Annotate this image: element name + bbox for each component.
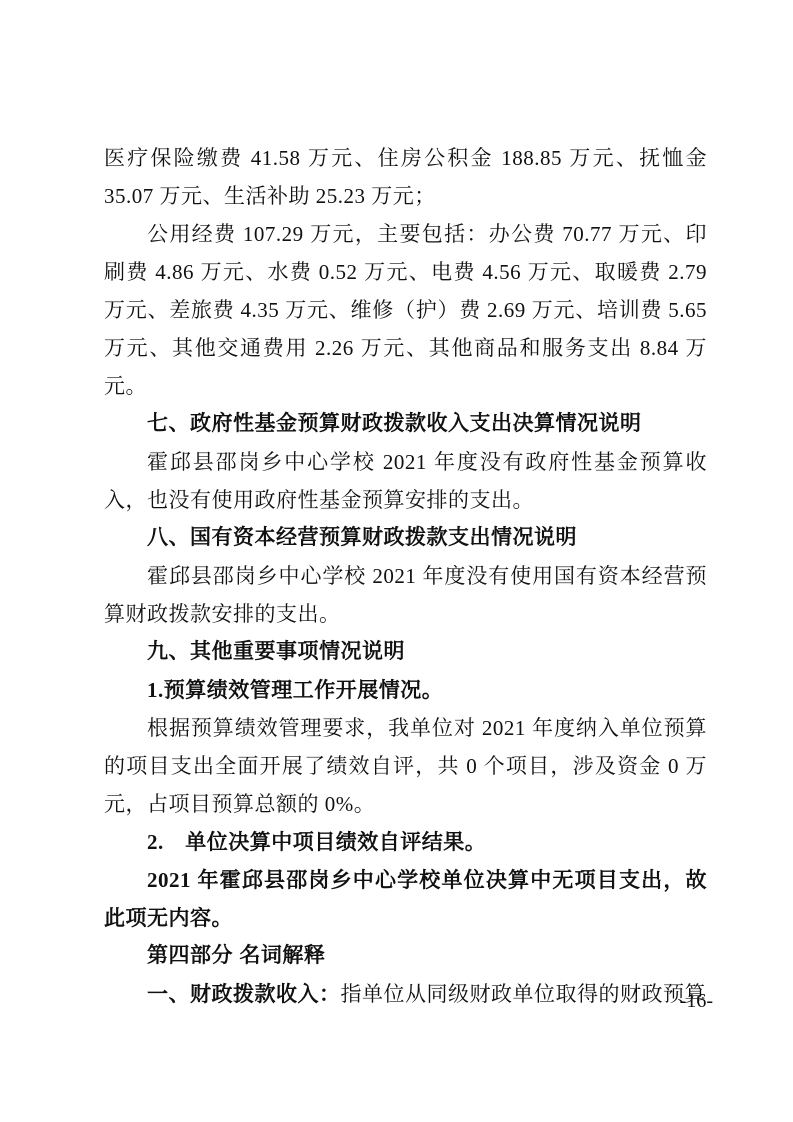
paragraph: 霍邱县邵岗乡中心学校 2021 年度没有使用国有资本经营预算财政拨款安排的支出。 <box>104 557 707 633</box>
document-page: 医疗保险缴费 41.58 万元、住房公积金 188.85 万元、抚恤金 35.0… <box>0 0 793 1122</box>
paragraph: 一、财政拨款收入：指单位从同级财政单位取得的财政预算 <box>104 975 707 1014</box>
paragraph: 霍邱县邵岗乡中心学校 2021 年度没有政府性基金预算收入，也没有使用政府性基金… <box>104 443 707 519</box>
section-heading: 八、国有资本经营预算财政拨款支出情况说明 <box>104 519 707 557</box>
term-definition: 指单位从同级财政单位取得的财政预算 <box>341 982 707 1006</box>
document-body: 医疗保险缴费 41.58 万元、住房公积金 188.85 万元、抚恤金 35.0… <box>104 139 707 1014</box>
paragraph: 根据预算绩效管理要求，我单位对 2021 年度纳入单位预算的项目支出全面开展了绩… <box>104 709 707 823</box>
section-heading: 七、政府性基金预算财政拨款收入支出决算情况说明 <box>104 405 707 443</box>
term-label: 一、财政拨款收入： <box>147 983 341 1006</box>
section-heading: 第四部分 名词解释 <box>104 937 707 975</box>
paragraph: 1.预算绩效管理工作开展情况。 <box>104 671 707 709</box>
paragraph: 公用经费 107.29 万元，主要包括：办公费 70.77 万元、印刷费 4.8… <box>104 215 707 405</box>
paragraph: 2021 年霍邱县邵岗乡中心学校单位决算中无项目支出，故此项无内容。 <box>104 861 707 937</box>
section-heading: 九、其他重要事项情况说明 <box>104 633 707 671</box>
paragraph: 2. 单位决算中项目绩效自评结果。 <box>104 823 707 861</box>
paragraph: 医疗保险缴费 41.58 万元、住房公积金 188.85 万元、抚恤金 35.0… <box>104 139 707 215</box>
page-number: -16- <box>680 986 713 1016</box>
